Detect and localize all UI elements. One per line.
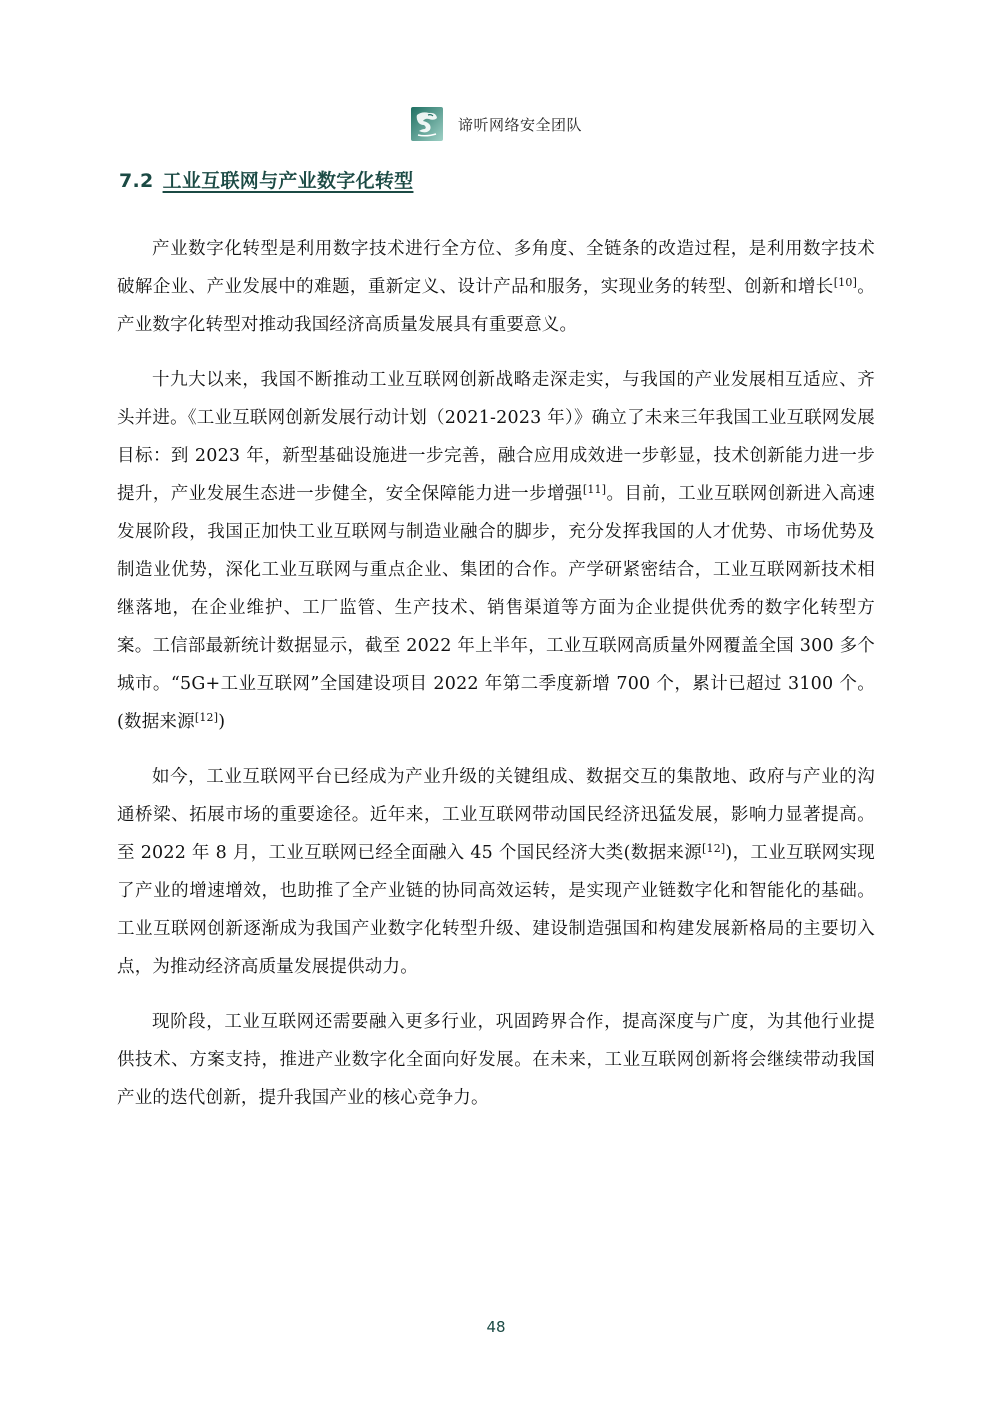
paragraph-text: ) [218,712,225,732]
citation-ref: [12] [702,842,725,855]
paragraph-text: )，工业互联网实现了产业的增速增效，也助推了全产业链的协同高效运转，是实现产业链… [117,843,875,977]
seal-dragon-logo-icon [410,106,444,142]
page-header: 谛听网络安全团队 [0,104,992,144]
paragraph: 十九大以来，我国不断推动工业互联网创新战略走深走实，与我国的产业发展相互适应、齐… [117,361,875,741]
paragraph-text: 。目前，工业互联网创新进入高速发展阶段，我国正加快工业互联网与制造业融合的脚步，… [117,484,875,732]
paragraph-text: 现阶段，工业互联网还需要融入更多行业，巩固跨界合作，提高深度与广度，为其他行业提… [117,1012,875,1108]
section-title: 工业互联网与产业数字化转型 [163,170,414,192]
body-content: 产业数字化转型是利用数字技术进行全方位、多角度、全链条的改造过程，是利用数字技术… [117,230,875,1134]
paragraph: 现阶段，工业互联网还需要融入更多行业，巩固跨界合作，提高深度与广度，为其他行业提… [117,1003,875,1117]
paragraph: 如今，工业互联网平台已经成为产业升级的关键组成、数据交互的集散地、政府与产业的沟… [117,758,875,986]
paragraph: 产业数字化转型是利用数字技术进行全方位、多角度、全链条的改造过程，是利用数字技术… [117,230,875,344]
paragraph-text: 产业数字化转型是利用数字技术进行全方位、多角度、全链条的改造过程，是利用数字技术… [117,239,875,297]
citation-ref: [12] [195,711,218,724]
team-name: 谛听网络安全团队 [458,114,582,135]
section-number: 7.2 [119,170,154,192]
citation-ref: [11] [583,483,606,496]
page-number: 48 [0,1318,992,1336]
citation-ref: [10] [834,276,857,289]
section-heading: 7.2工业互联网与产业数字化转型 [119,166,413,193]
